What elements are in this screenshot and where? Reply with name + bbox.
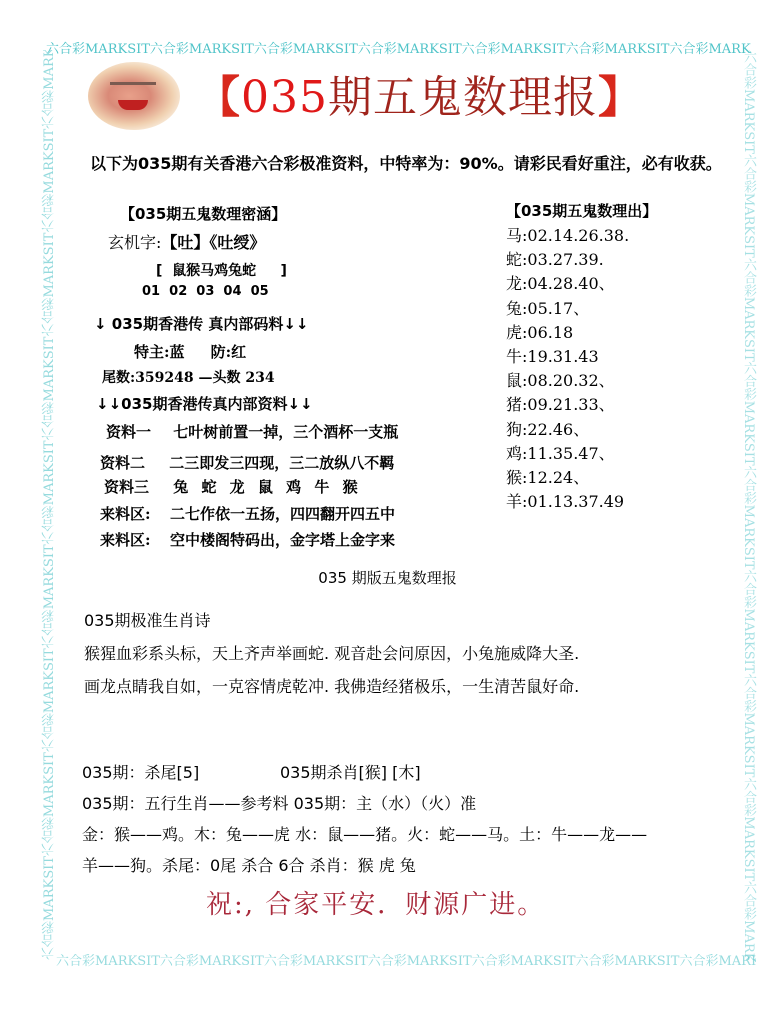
zodiac-item: 羊:01.13.37.49	[506, 490, 629, 514]
info-value: 二七作依一五扬，四四翻开四五中	[170, 505, 395, 523]
info-value: 七叶树前置一掉，三个酒杯一支瓶	[173, 423, 398, 441]
xuanji-row: 玄机字:【吐】《吐绶》	[108, 230, 265, 253]
info-row-2: 资料二 二三即发三四现，三二放纵八不羁	[100, 452, 394, 473]
title-number: 035	[241, 72, 328, 123]
info-row-1: 资料一 七叶树前置一掉，三个酒杯一支瓶	[106, 421, 398, 442]
zodiac-item: 猴:12.24、	[506, 466, 629, 490]
title-text: 期五鬼数理报	[328, 72, 598, 123]
zodiac-item: 马:02.14.26.38.	[506, 224, 629, 248]
xuanji-label: 玄机字:	[108, 233, 161, 252]
weishu-row: 尾数:359248 —头数 234	[102, 367, 275, 387]
watermark-border-right: 六合彩MARKSIT六合彩MARKSIT六合彩MARKSIT六合彩MARKSIT…	[740, 50, 758, 960]
info-label: 来料区:	[100, 503, 170, 524]
kill-tail: 035期：杀尾[5]	[82, 757, 280, 788]
zodiac-item: 鸡:11.35.47、	[506, 442, 629, 466]
avatar	[88, 62, 180, 130]
title-bracket-open: 【	[196, 72, 241, 123]
zodiac-item: 蛇:03.27.39.	[506, 248, 629, 272]
poem-block: 035期极准生肖诗 猴猩血彩系头标，天上齐声举画蛇. 观音赴会问原因，小兔施威降…	[84, 604, 579, 703]
info-label: 来料区:	[100, 529, 170, 550]
zodiac-item: 狗:22.46、	[506, 418, 629, 442]
tezhu-row: 特主:蓝 防:红	[134, 341, 246, 362]
info-row-4: 来料区:二七作依一五扬，四四翻开四五中	[100, 503, 395, 524]
info-title: ↓↓035期香港传真内部资料↓↓	[96, 393, 313, 414]
elements-line-2: 羊——狗。杀尾：0尾 杀合 6合 杀肖：猴 虎 兔	[82, 850, 647, 881]
zodiac-item: 龙:04.28.40、	[506, 272, 629, 296]
info-value: 兔 蛇 龙 鼠 鸡 牛 猴	[173, 478, 361, 496]
zodiac-item: 鼠:08.20.32、	[506, 369, 629, 393]
zodiac-item: 牛:19.31.43	[506, 345, 629, 369]
info-row-3: 资料三 兔 蛇 龙 鼠 鸡 牛 猴	[104, 476, 362, 497]
watermark-border-top: 六合彩MARKSIT六合彩MARKSIT六合彩MARKSIT六合彩MARKSIT…	[46, 38, 751, 56]
poem-line: 猴猩血彩系头标，天上齐声举画蛇. 观音赴会问原因，小兔施威降大圣.	[84, 637, 579, 670]
info-label: 资料一	[106, 421, 168, 442]
info-label: 资料二	[100, 452, 164, 473]
zodiac-item: 兔:05.17、	[506, 297, 629, 321]
secret-title: 【035期五鬼数理密涵】	[120, 203, 286, 224]
page-title: 【035期五鬼数理报】	[196, 72, 643, 124]
title-bracket-close: 】	[598, 72, 643, 123]
numbers-row: 01 02 03 04 05	[142, 284, 269, 299]
zodiac-item: 虎:06.18	[506, 321, 629, 345]
info-value: 空中楼阁特码出，金字塔上金字来	[170, 531, 395, 549]
kill-zodiac: 035期杀肖[猴] [木]	[280, 763, 421, 782]
blessing-text: 祝:, 合家平安．财源广进。	[206, 884, 545, 921]
xuanji-value: 【吐】《吐绶》	[161, 233, 265, 252]
section-title: 035 期版五鬼数理报	[0, 567, 775, 588]
zodiac-title: 【035期五鬼数理出】	[506, 200, 657, 221]
wuxing-row: 035期：五行生肖——参考料 035期：主（水）（火）准	[82, 788, 647, 819]
info-label: 资料三	[104, 476, 168, 497]
mouth-shape	[118, 100, 148, 110]
zodiac-bracket: [ 鼠猴马鸡兔蛇 ]	[156, 260, 287, 280]
info-row-5: 来料区:空中楼阁特码出，金字塔上金字来	[100, 529, 395, 550]
kill-row: 035期：杀尾[5]035期杀肖[猴] [木]	[82, 757, 647, 788]
zodiac-item: 猪:09.21.33、	[506, 393, 629, 417]
zodiac-number-list: 马:02.14.26.38. 蛇:03.27.39. 龙:04.28.40、 兔…	[506, 224, 629, 514]
glasses-shape	[110, 82, 156, 93]
code-title: ↓ 035期香港传 真内部码料↓↓	[94, 313, 308, 334]
elements-line-1: 金：猴——鸡。木：兔——虎 水：鼠——猪。火：蛇——马。土：牛——龙——	[82, 819, 647, 850]
poem-title: 035期极准生肖诗	[84, 604, 579, 637]
prediction-block: 035期：杀尾[5]035期杀肖[猴] [木] 035期：五行生肖——参考料 0…	[82, 757, 647, 881]
info-value: 二三即发三四现，三二放纵八不羁	[169, 454, 394, 472]
intro-text: 以下为035期有关香港六合彩极准资料，中特率为：90%。请彩民看好重注，必有收获…	[90, 152, 740, 176]
watermark-border-bottom: 六合彩MARKSIT六合彩MARKSIT六合彩MARKSIT六合彩MARKSIT…	[56, 950, 756, 968]
watermark-border-left: 六合彩MARKSIT六合彩MARKSIT六合彩MARKSIT六合彩MARKSIT…	[40, 50, 58, 960]
poem-line: 画龙点睛我自如，一克容情虎乾冲. 我佛造经猪极乐，一生清苦鼠好命.	[84, 670, 579, 703]
